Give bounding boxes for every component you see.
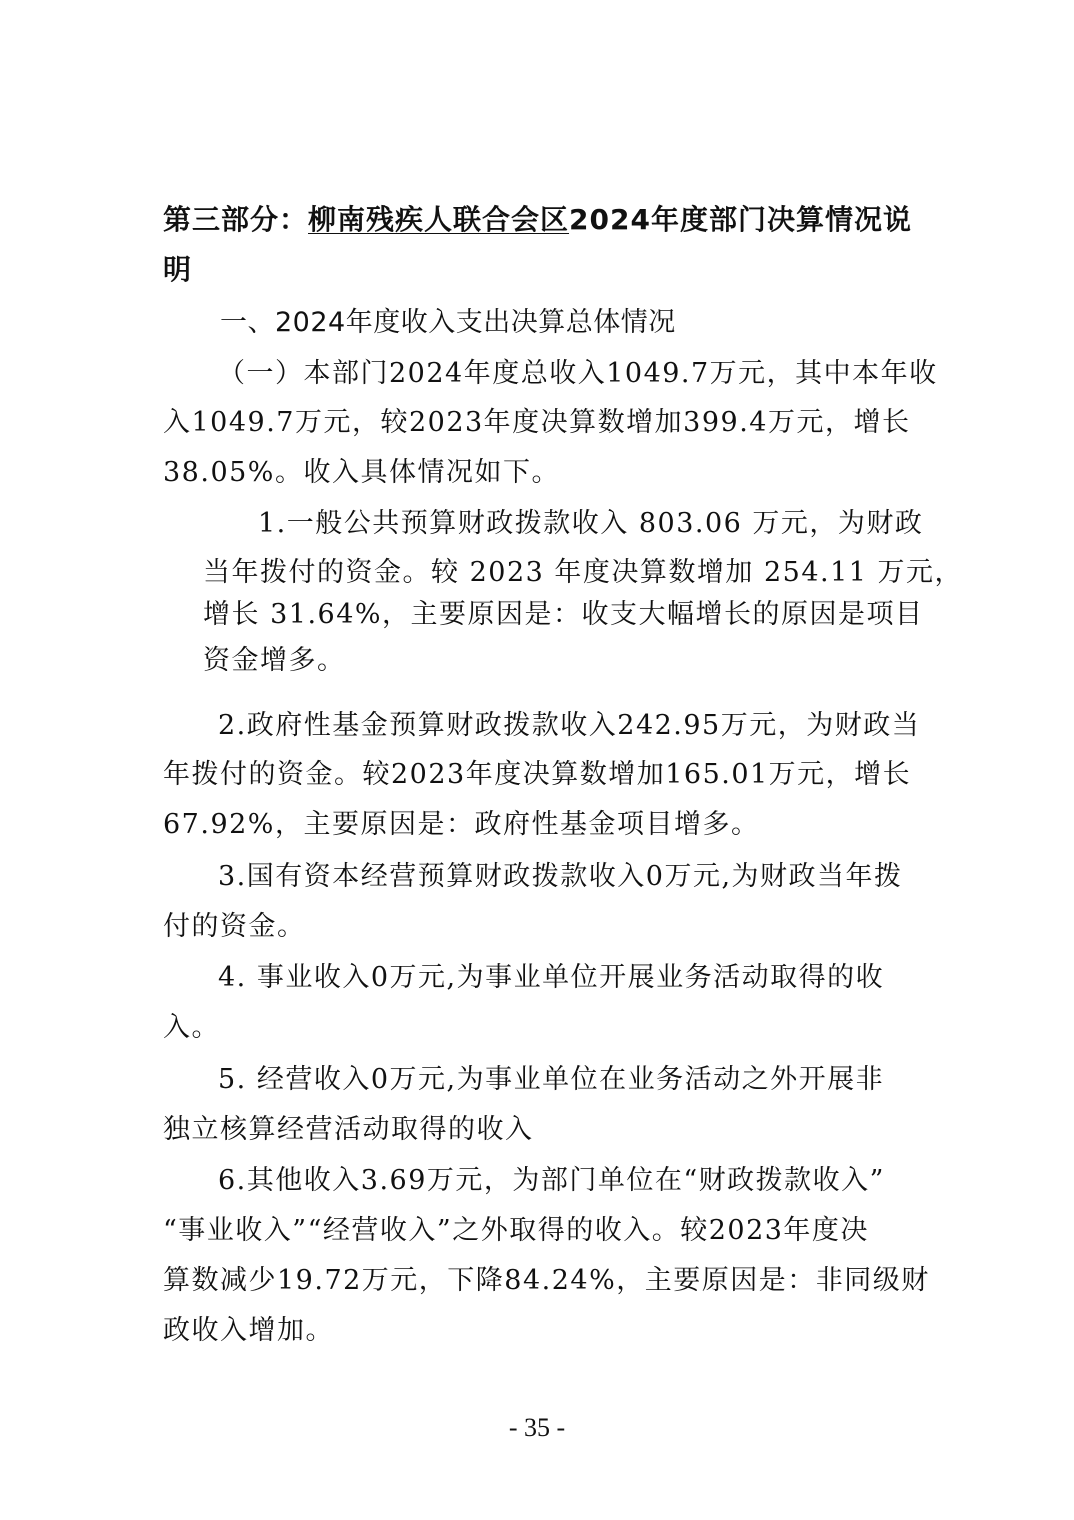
item-6-line: 6.其他收入3.69万元，为部门单位在“财政拨款收入” bbox=[218, 1163, 885, 1199]
item-6-line: “事业收入”“经营收入”之外取得的收入。较2023年度决 bbox=[163, 1213, 869, 1249]
item-2-line: 年拨付的资金。较2023年度决算数增加165.01万元，增长 bbox=[163, 757, 911, 793]
page-number: - 35 - bbox=[0, 1413, 1074, 1443]
item-2-line: 2.政府性基金预算财政拨款收入242.95万元，为财政当 bbox=[218, 708, 920, 744]
item-1-line: 资金增多。 bbox=[203, 643, 346, 679]
item-5-line: 独立核算经营活动取得的收入 bbox=[163, 1112, 534, 1148]
overview-line: （一）本部门2024年度总收入1049.7万元，其中本年收 bbox=[218, 356, 938, 392]
section-heading: 一、2024年度收入支出决算总体情况 bbox=[220, 305, 676, 341]
item-6-line: 算数减少19.72万元，下降84.24%，主要原因是：非同级财 bbox=[163, 1263, 930, 1299]
item-4-line: 入。 bbox=[163, 1010, 220, 1046]
item-4-line: 4. 事业收入0万元,为事业单位开展业务活动取得的收 bbox=[218, 960, 884, 996]
item-3-line: 付的资金。 bbox=[163, 909, 306, 945]
title-suffix: 2024年度部门决算情况说 bbox=[569, 203, 912, 236]
title-prefix: 第三部分： bbox=[163, 203, 308, 236]
item-3-line: 3.国有资本经营预算财政拨款收入0万元,为财政当年拨 bbox=[218, 859, 903, 895]
item-1-line: 增长 31.64%，主要原因是：收支大幅增长的原因是项目 bbox=[203, 597, 924, 633]
item-2-line: 67.92%，主要原因是：政府性基金项目增多。 bbox=[163, 807, 759, 843]
item-1-line: 当年拨付的资金。较 2023 年度决算数增加 254.11 万元， bbox=[203, 555, 963, 591]
title-unit-name: 柳南残疾人联合会区 bbox=[308, 203, 569, 236]
document-title-line-1: 第三部分：柳南残疾人联合会区2024年度部门决算情况说 bbox=[163, 202, 912, 238]
overview-line: 38.05%。收入具体情况如下。 bbox=[163, 455, 560, 491]
item-1-line: 1.一般公共预算财政拨款收入 803.06 万元，为财政 bbox=[258, 506, 923, 542]
document-page: 第三部分：柳南残疾人联合会区2024年度部门决算情况说 明 一、2024年度收入… bbox=[0, 0, 1074, 1520]
overview-line: 入1049.7万元，较2023年度决算数增加399.4万元，增长 bbox=[163, 405, 910, 441]
item-6-line: 政收入增加。 bbox=[163, 1313, 334, 1349]
document-title-line-2: 明 bbox=[163, 252, 192, 288]
item-5-line: 5. 经营收入0万元,为事业单位在业务活动之外开展非 bbox=[218, 1062, 884, 1098]
